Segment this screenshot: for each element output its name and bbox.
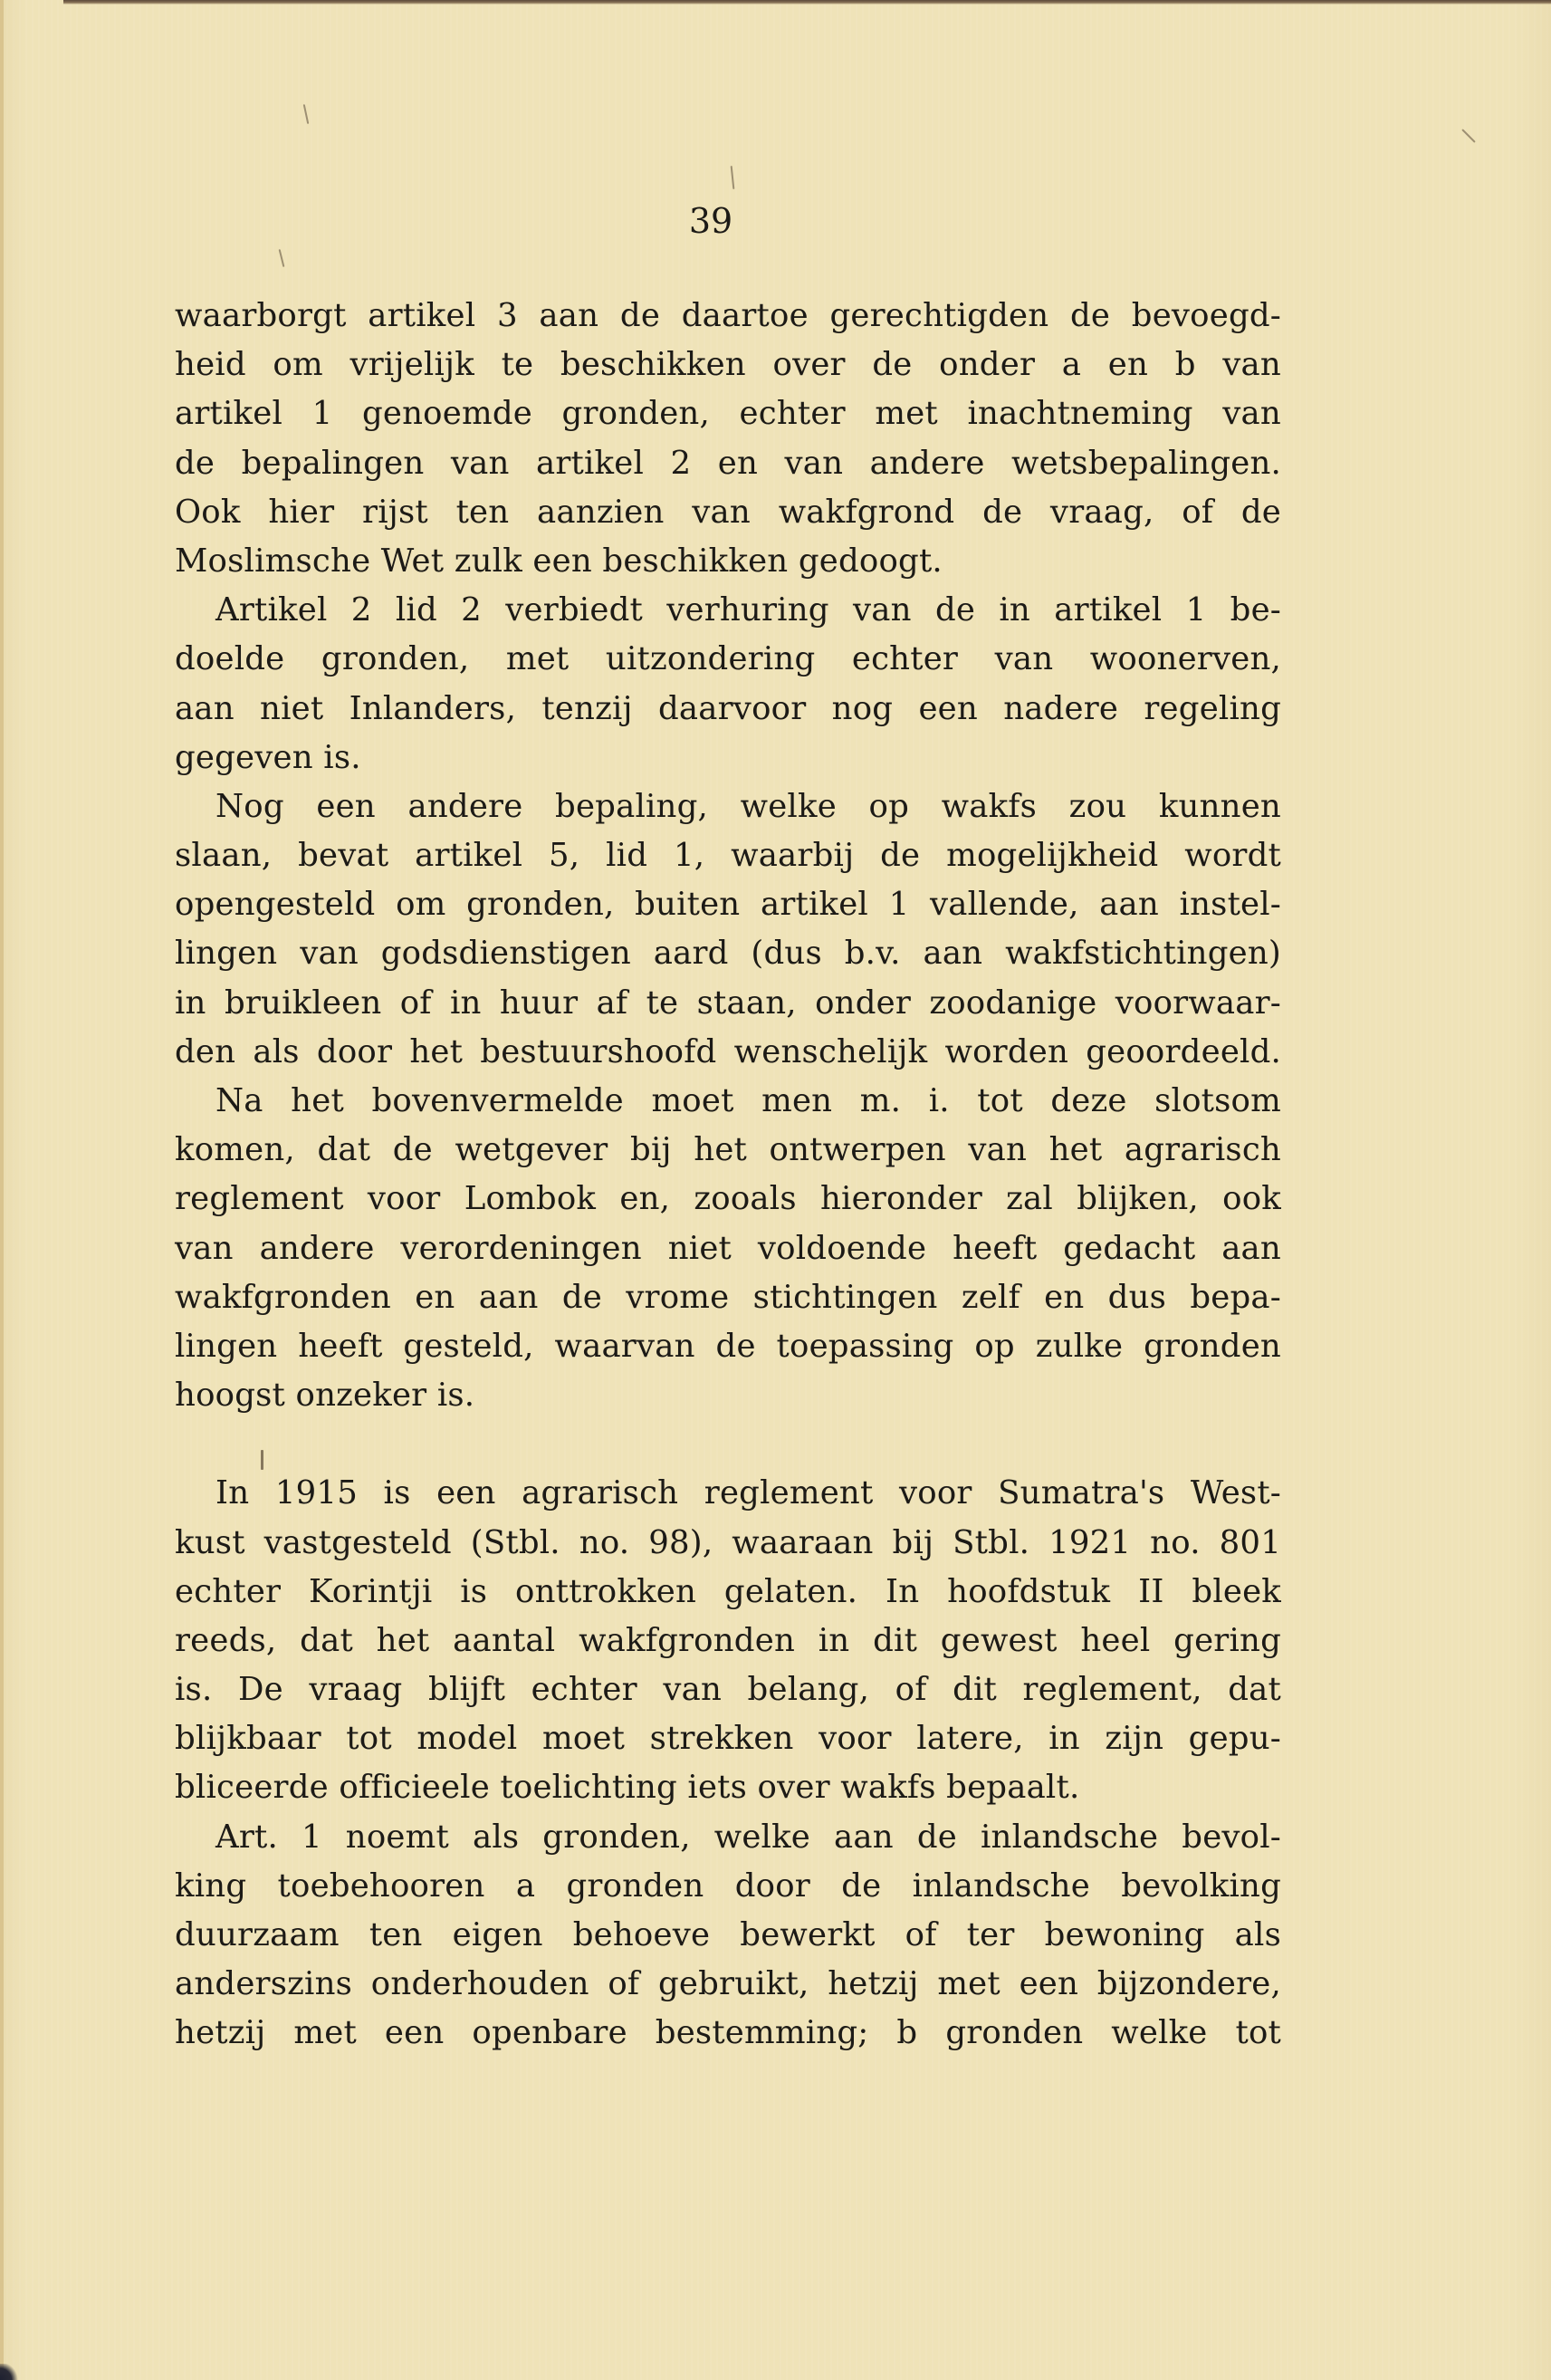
text-line: slaan, bevat artikel 5, lid 1, waarbij d… <box>175 831 1281 880</box>
page-corner-shadow <box>0 2364 20 2380</box>
text-line: reglement voor Lombok en, zooals hierond… <box>175 1175 1281 1224</box>
text-line: Nog een andere bepaling, welke op wakfs … <box>175 782 1281 831</box>
paragraph: Nog een andere bepaling, welke op wakfs … <box>175 782 1281 1077</box>
scan-speck <box>731 166 735 189</box>
section-break <box>175 1420 1281 1469</box>
paragraph: Artikel 2 lid 2 verbiedt verhuring van d… <box>175 586 1281 782</box>
text-line: Art. 1 noemt als gronden, welke aan de i… <box>175 1813 1281 1862</box>
page-number: 39 <box>0 201 1422 241</box>
paragraph: Na het bovenvermelde moet men m. i. tot … <box>175 1077 1281 1420</box>
text-line: bliceerde officieele toelichting iets ov… <box>175 1763 1281 1812</box>
scan-speck <box>303 104 310 124</box>
page-top-edge-shadow <box>63 0 1551 5</box>
text-line: waarborgt artikel 3 aan de daartoe gerec… <box>175 292 1281 341</box>
text-line: blijkbaar tot model moet strekken voor l… <box>175 1714 1281 1763</box>
text-line: den als door het bestuurshoofd wenscheli… <box>175 1028 1281 1077</box>
text-line: wakfgronden en aan de vrome stichtingen … <box>175 1273 1281 1322</box>
text-line: In 1915 is een agrarisch reglement voor … <box>175 1469 1281 1518</box>
text-line: gegeven is. <box>175 734 1281 782</box>
paragraph: waarborgt artikel 3 aan de daartoe gerec… <box>175 292 1281 586</box>
text-line: Artikel 2 lid 2 verbiedt verhuring van d… <box>175 586 1281 635</box>
paragraph: Art. 1 noemt als gronden, welke aan de i… <box>175 1813 1281 2059</box>
text-line: doelde gronden, met uitzondering echter … <box>175 635 1281 684</box>
text-line: heid om vrijelijk te beschikken over de … <box>175 341 1281 389</box>
scan-speck <box>1461 129 1476 143</box>
page-left-edge <box>0 0 4 2380</box>
scan-speck <box>279 249 285 267</box>
text-line: lingen heeft gesteld, waarvan de toepass… <box>175 1322 1281 1371</box>
text-line: duurzaam ten eigen behoeve bewerkt of te… <box>175 1911 1281 1960</box>
text-line: reeds, dat het aantal wakfgronden in dit… <box>175 1617 1281 1665</box>
text-line: lingen van godsdienstigen aard (dus b.v.… <box>175 929 1281 978</box>
text-line: van andere verordeningen niet voldoende … <box>175 1224 1281 1273</box>
text-line: in bruikleen of in huur af te staan, ond… <box>175 979 1281 1028</box>
text-line: komen, dat de wetgever bij het ontwerpen… <box>175 1126 1281 1175</box>
text-line: Na het bovenvermelde moet men m. i. tot … <box>175 1077 1281 1126</box>
text-line: Ook hier rijst ten aanzien van wakfgrond… <box>175 488 1281 537</box>
text-line: Moslimsche Wet zulk een beschikken gedoo… <box>175 537 1281 586</box>
paragraph: In 1915 is een agrarisch reglement voor … <box>175 1469 1281 1812</box>
body-text: waarborgt artikel 3 aan de daartoe gerec… <box>175 292 1281 2059</box>
text-line: is. De vraag blijft echter van belang, o… <box>175 1665 1281 1714</box>
text-line: anderszins onderhouden of gebruikt, hetz… <box>175 1960 1281 2009</box>
text-line: aan niet Inlanders, tenzij daarvoor nog … <box>175 685 1281 734</box>
text-line: kust vastgesteld (Stbl. no. 98), waaraan… <box>175 1519 1281 1568</box>
text-line: hetzij met een openbare bestemming; b gr… <box>175 2009 1281 2058</box>
text-line: echter Korintji is onttrokken gelaten. I… <box>175 1568 1281 1617</box>
text-line: king toebehooren a gronden door de inlan… <box>175 1862 1281 1911</box>
scanned-book-page: 39 waarborgt artikel 3 aan de daartoe ge… <box>0 0 1551 2380</box>
text-line: opengesteld om gronden, buiten artikel 1… <box>175 880 1281 929</box>
text-line: de bepalingen van artikel 2 en van ander… <box>175 439 1281 488</box>
text-line: artikel 1 genoemde gronden, echter met i… <box>175 389 1281 438</box>
text-line: hoogst onzeker is. <box>175 1371 1281 1420</box>
